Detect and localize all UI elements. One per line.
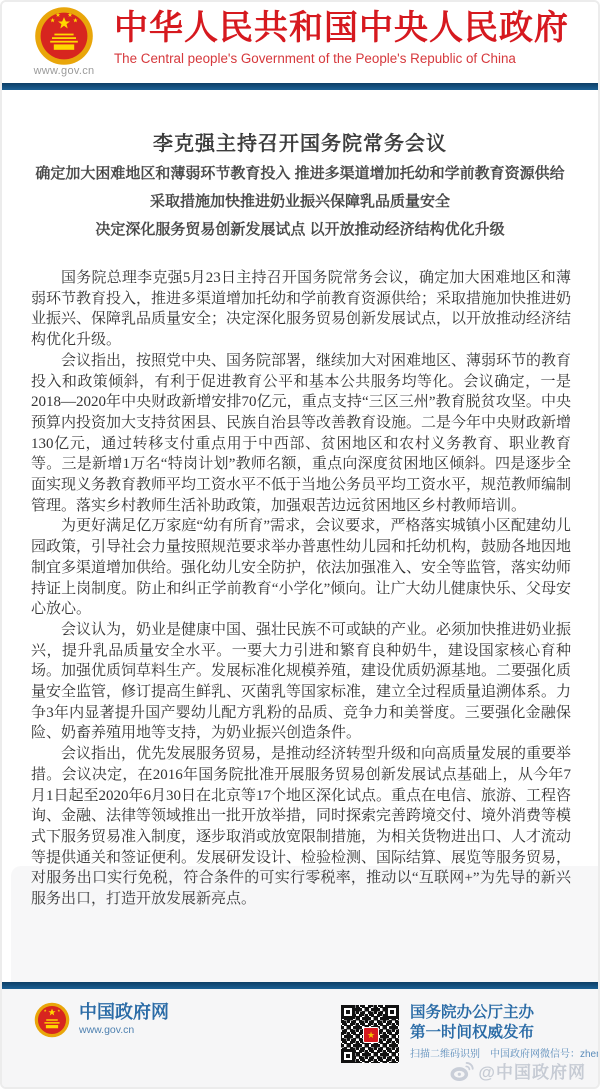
footer-host-line1: 国务院办公厅主办 — [410, 1003, 534, 1023]
weibo-watermark-text: @中国政府网 — [478, 1058, 586, 1083]
qr-finder-mark — [385, 1005, 399, 1019]
article-paragraph: 会议指出，按照党中央、国务院部署，继续加大对困难地区、薄弱环节的教育投入和政策倾… — [31, 351, 571, 517]
article-subtitle: 确定加大困难地区和薄弱环节教育投入 推进多渠道增加托幼和学前教育资源供给 — [18, 160, 582, 188]
wechat-qr-code: ★ — [341, 1005, 399, 1063]
gov-cn-article-page: www.gov.cn 中华人民共和国中央人民政府 The Central peo… — [0, 0, 600, 1089]
article-paragraph: 会议认为，奶业是健康中国、强壮民族不可或缺的产业。必须加快推进奶业振兴，提升乳品… — [31, 620, 571, 744]
article-subtitles: 确定加大困难地区和薄弱环节教育投入 推进多渠道增加托幼和学前教育资源供给 采取措… — [18, 160, 582, 244]
masthead-url[interactable]: www.gov.cn — [28, 65, 100, 77]
site-title-en: The Central people's Government of the P… — [114, 51, 584, 66]
site-title-cn: 中华人民共和国中央人民政府 — [114, 8, 584, 48]
weibo-icon — [449, 1060, 475, 1082]
article-paragraph: 会议指出，优先发展服务贸易，是推动经济转型升级和向高质量发展的重要举措。会议决定… — [31, 744, 571, 910]
qr-center-emblem: ★ — [363, 1027, 379, 1043]
footer-host-line2: 第一时间权威发布 — [410, 1023, 534, 1043]
site-masthead[interactable]: www.gov.cn 中华人民共和国中央人民政府 The Central peo… — [2, 2, 598, 83]
article-title: 李克强主持召开国务院常务会议 — [2, 127, 598, 156]
site-footer: 中国政府网 www.gov.cn ★ 国务院办公厅主办 第一时间权威发布 扫描二… — [2, 989, 598, 1087]
footer-host-text: 国务院办公厅主办 第一时间权威发布 — [410, 1003, 534, 1043]
article-paragraph: 国务院总理李克强5月23日主持召开国务院常务会议，确定加大困难地区和薄弱环节教育… — [31, 268, 571, 351]
footer-site-logo[interactable]: 中国政府网 www.gov.cn — [34, 1002, 169, 1038]
footer-site-name[interactable]: 中国政府网 — [79, 1002, 169, 1022]
qr-finder-mark — [341, 1049, 355, 1063]
article-subtitle: 决定深化服务贸易创新发展试点 以开放推动经济结构优化升级 — [18, 216, 582, 244]
bottom-divider-bar — [2, 982, 598, 989]
footer-site-url[interactable]: www.gov.cn — [79, 1024, 169, 1036]
article-body: 国务院总理李克强5月23日主持召开国务院常务会议，确定加大困难地区和薄弱环节教育… — [31, 268, 571, 910]
top-divider-bar — [2, 83, 598, 90]
qr-finder-mark — [341, 1005, 355, 1019]
national-emblem-icon — [34, 6, 94, 66]
weibo-watermark: @中国政府网 — [449, 1058, 586, 1083]
article-paragraph: 为更好满足亿万家庭“幼有所育”需求，会议要求，严格落实城镇小区配建幼儿园政策，引… — [31, 516, 571, 620]
article-subtitle: 采取措施加快推进奶业振兴保障乳品质量安全 — [18, 188, 582, 216]
national-emblem-icon — [34, 1002, 70, 1038]
